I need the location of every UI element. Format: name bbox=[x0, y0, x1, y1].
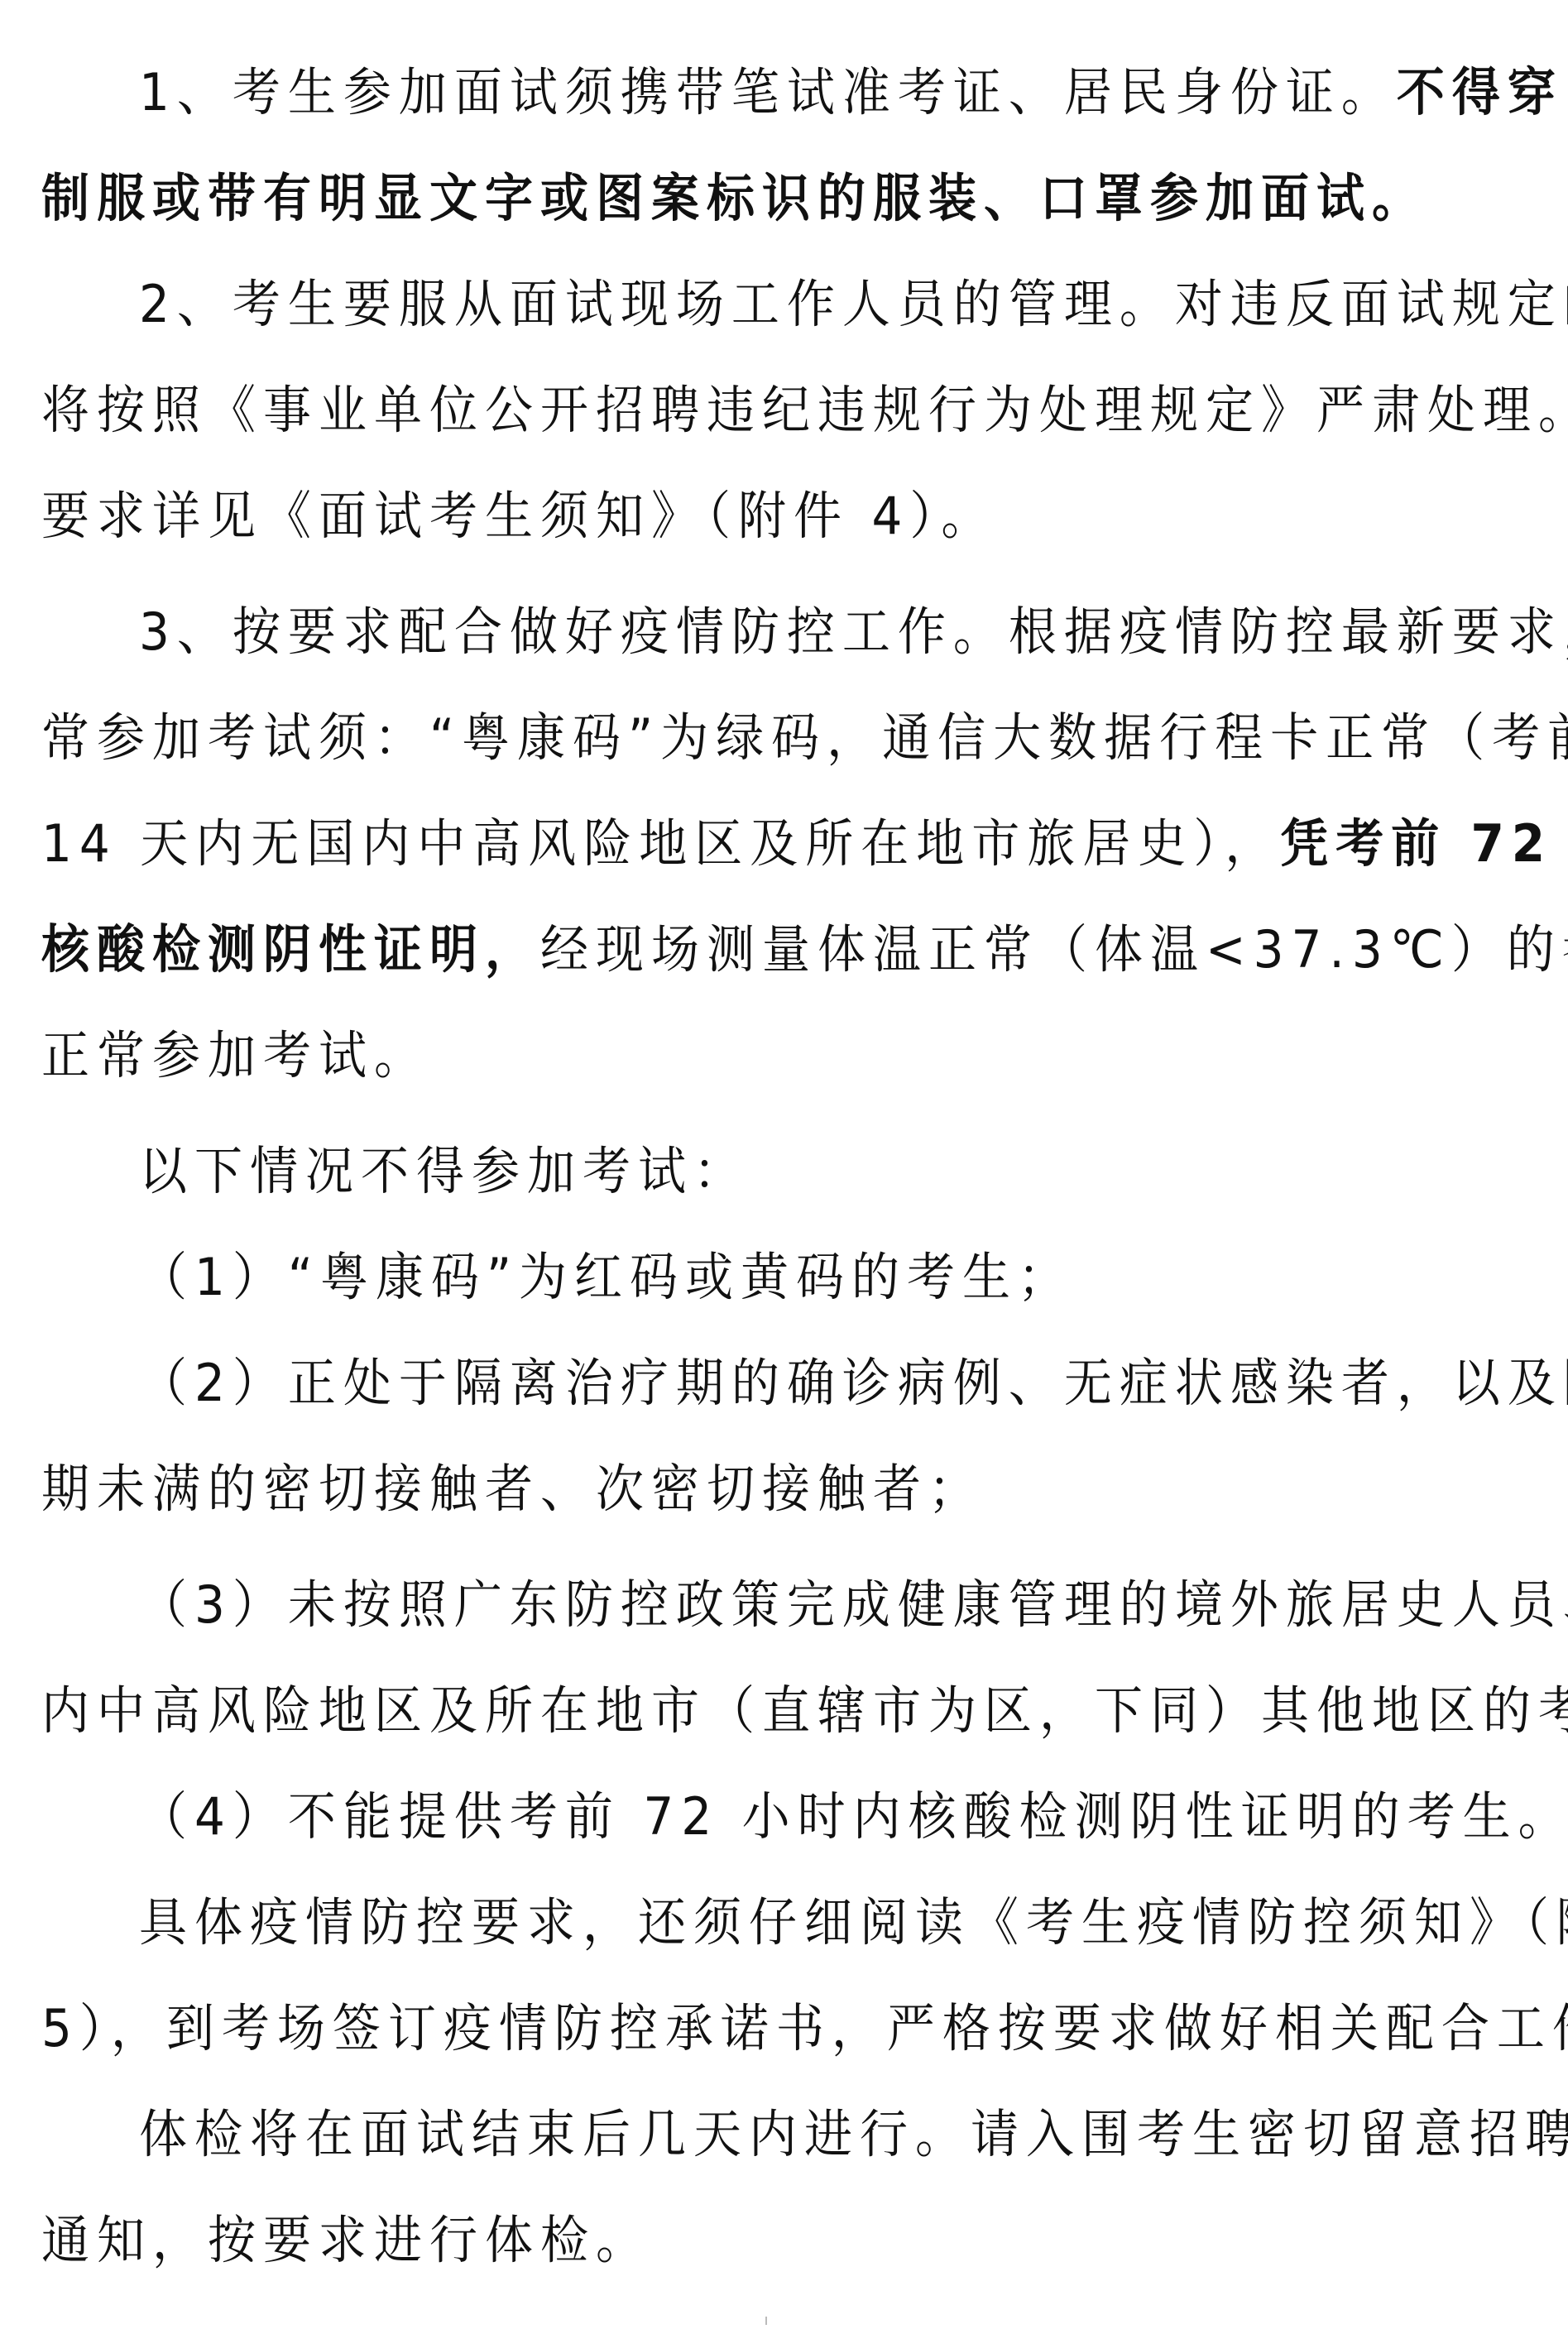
text-segment: 14 天内无国内中高风险地区及所在地市旅居史）， bbox=[41, 812, 1280, 873]
epidemic-notice-line-1: 具体疫情防控要求，还须仔细阅读《考生疫情防控须知》（附件 bbox=[139, 1886, 1568, 1958]
exclusion-item-3-line-2: 内中高风险地区及所在地市（直辖市为区，下同）其他地区的考生； bbox=[41, 1675, 1473, 1746]
scan-artifact bbox=[765, 2317, 767, 2325]
paragraph-3-line-2: 常参加考试须：“粤康码”为绿码，通信大数据行程卡正常（考前 bbox=[41, 702, 1473, 773]
text-segment: 具体疫情防控要求，还须仔细阅读《考生疫情防控须知》（附件 bbox=[139, 1891, 1568, 1952]
exclusion-item-4: （4）不能提供考前 72 小时内核酸检测阴性证明的考生。 bbox=[139, 1780, 1568, 1852]
paragraph-1-line-1: 1、考生参加面试须携带笔试准考证、居民身份证。不得穿（戴） bbox=[139, 56, 1568, 127]
text-segment: 将按照《事业单位公开招聘违纪违规行为处理规定》严肃处理。具体 bbox=[41, 379, 1568, 439]
text-segment: 经现场测量体温正常（体温<37.3℃）的考生可 bbox=[540, 918, 1568, 979]
bold-text-segment: 凭考前 72 小时内 bbox=[1280, 812, 1568, 873]
paragraph-2-line-3: 要求详见《面试考生须知》（附件 4）。 bbox=[41, 480, 1473, 551]
text-segment: 内中高风险地区及所在地市（直辖市为区，下同）其他地区的考生； bbox=[41, 1680, 1568, 1740]
text-segment: （1）“粤康码”为红码或黄码的考生； bbox=[139, 1246, 1073, 1306]
document-page: 1、考生参加面试须携带笔试准考证、居民身份证。不得穿（戴） 制服或带有明显文字或… bbox=[0, 0, 1568, 2329]
text-segment: （4）不能提供考前 72 小时内核酸检测阴性证明的考生。 bbox=[139, 1785, 1568, 1846]
text-segment: 1、考生参加面试须携带笔试准考证、居民身份证。 bbox=[139, 61, 1397, 122]
paragraph-2-line-1: 2、考生要服从面试现场工作人员的管理。对违反面试规定的， bbox=[139, 268, 1568, 339]
paragraph-3-line-1: 3、按要求配合做好疫情防控工作。根据疫情防控最新要求，正 bbox=[139, 596, 1568, 667]
text-segment: 正常参加考试。 bbox=[41, 1024, 429, 1085]
paragraph-3-line-5: 正常参加考试。 bbox=[41, 1019, 1473, 1090]
text-segment: 常参加考试须：“粤康码”为绿码，通信大数据行程卡正常（考前 bbox=[41, 707, 1568, 767]
paragraph-1-line-2: 制服或带有明显文字或图案标识的服装、口罩参加面试。 bbox=[41, 162, 1473, 233]
exclusion-intro: 以下情况不得参加考试： bbox=[139, 1135, 1568, 1206]
text-segment: 5），到考场签订疫情防控承诺书，严格按要求做好相关配合工作。 bbox=[41, 1997, 1568, 2058]
exclusion-item-3-line-1: （3）未按照广东防控政策完成健康管理的境外旅居史人员、国 bbox=[139, 1569, 1568, 1640]
physical-exam-line-1: 体检将在面试结束后几天内进行。请入围考生密切留意招聘单位 bbox=[139, 2098, 1568, 2169]
text-segment: 3、按要求配合做好疫情防控工作。根据疫情防控最新要求，正 bbox=[139, 601, 1568, 661]
bold-text-segment: 核酸检测阴性证明， bbox=[41, 918, 540, 979]
paragraph-3-line-4: 核酸检测阴性证明，经现场测量体温正常（体温<37.3℃）的考生可 bbox=[41, 913, 1473, 985]
epidemic-notice-line-2: 5），到考场签订疫情防控承诺书，严格按要求做好相关配合工作。 bbox=[41, 1992, 1473, 2063]
paragraph-2-line-2: 将按照《事业单位公开招聘违纪违规行为处理规定》严肃处理。具体 bbox=[41, 374, 1473, 445]
paragraph-3-line-3: 14 天内无国内中高风险地区及所在地市旅居史），凭考前 72 小时内 bbox=[41, 807, 1473, 879]
text-segment: 期未满的密切接触者、次密切接触者； bbox=[41, 1458, 984, 1518]
exclusion-item-2-line-1: （2）正处于隔离治疗期的确诊病例、无症状感染者，以及隔离 bbox=[139, 1347, 1568, 1418]
physical-exam-line-2: 通知，按要求进行体检。 bbox=[41, 2204, 1473, 2275]
text-segment: 以下情况不得参加考试： bbox=[139, 1140, 749, 1200]
text-segment: 体检将在面试结束后几天内进行。请入围考生密切留意招聘单位 bbox=[139, 2103, 1568, 2164]
text-segment: （3）未按照广东防控政策完成健康管理的境外旅居史人员、国 bbox=[139, 1574, 1568, 1634]
bold-text-segment: 不得穿（戴） bbox=[1397, 61, 1568, 122]
exclusion-item-2-line-2: 期未满的密切接触者、次密切接触者； bbox=[41, 1453, 1473, 1524]
text-segment: 通知，按要求进行体检。 bbox=[41, 2209, 651, 2269]
text-segment: 要求详见《面试考生须知》（附件 4）。 bbox=[41, 485, 996, 545]
text-segment: （2）正处于隔离治疗期的确诊病例、无症状感染者，以及隔离 bbox=[139, 1352, 1568, 1412]
exclusion-item-1: （1）“粤康码”为红码或黄码的考生； bbox=[139, 1241, 1568, 1312]
text-segment: 2、考生要服从面试现场工作人员的管理。对违反面试规定的， bbox=[139, 273, 1568, 333]
bold-text-segment: 制服或带有明显文字或图案标识的服装、口罩参加面试。 bbox=[41, 167, 1427, 228]
